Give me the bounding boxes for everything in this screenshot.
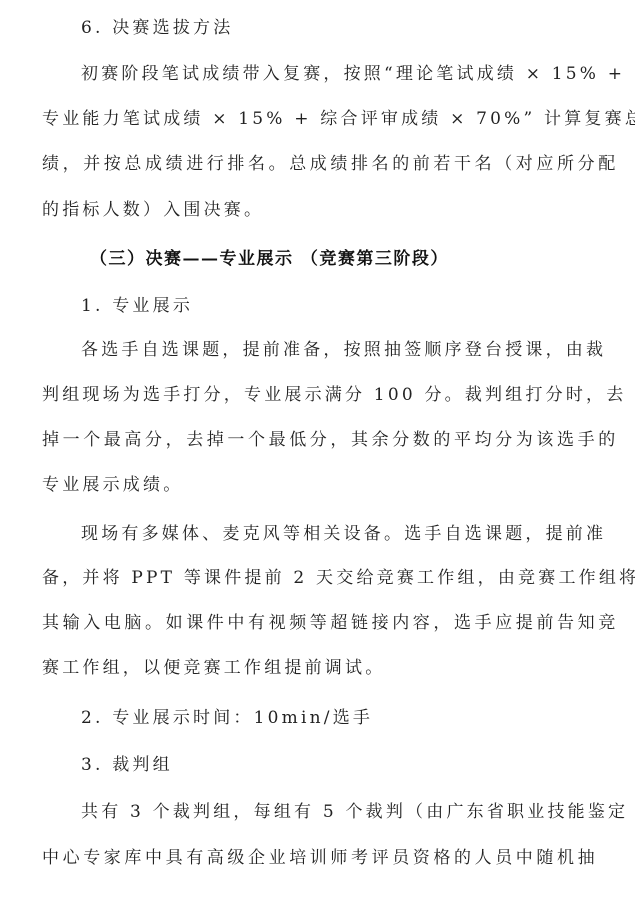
paragraph-line: 初赛阶段笔试成绩带入复赛，按照“理论笔试成绩 × 15% +: [81, 62, 635, 86]
paragraph-line: 掉一个最高分，去掉一个最低分，其余分数的平均分为该选手的: [42, 428, 602, 452]
paragraph-line: 共有 3 个裁判组，每组有 5 个裁判（由广东省职业技能鉴定: [81, 800, 635, 824]
paragraph-line: 备，并将 PPT 等课件提前 2 天交给竞赛工作组，由竞赛工作组将: [42, 566, 602, 590]
paragraph-line: 绩，并按总成绩进行排名。总成绩排名的前若干名（对应所分配: [42, 152, 602, 176]
paragraph-line: 中心专家库中具有高级企业培训师考评员资格的人员中随机抽: [42, 846, 602, 870]
document-page: 6. 决赛选拔方法 初赛阶段笔试成绩带入复赛，按照“理论笔试成绩 × 15% +…: [0, 0, 635, 913]
paragraph-line: 其输入电脑。如课件中有视频等超链接内容，选手应提前告知竞: [42, 611, 602, 635]
paragraph-line: 的指标人数）入围决赛。: [42, 198, 602, 222]
paragraph-line: 专业能力笔试成绩 × 15% + 综合评审成绩 × 70%” 计算复赛总成: [42, 107, 602, 131]
section-heading-finals: （三）决赛——专业展示 （竞赛第三阶段）: [90, 247, 635, 271]
item-heading-display-time: 2. 专业展示时间：10min/选手: [81, 706, 635, 730]
item-heading-professional-display: 1. 专业展示: [81, 294, 635, 318]
paragraph-line: 专业展示成绩。: [42, 473, 602, 497]
paragraph-line: 各选手自选课题，提前准备，按照抽签顺序登台授课，由裁: [81, 338, 635, 362]
item-heading-judge-group: 3. 裁判组: [81, 753, 635, 777]
paragraph-line: 现场有多媒体、麦克风等相关设备。选手自选课题，提前准: [81, 522, 635, 546]
paragraph-line: 赛工作组，以便竞赛工作组提前调试。: [42, 656, 602, 680]
item-heading-selection-method: 6. 决赛选拔方法: [81, 16, 635, 40]
paragraph-line: 判组现场为选手打分，专业展示满分 100 分。裁判组打分时，去: [42, 383, 602, 407]
